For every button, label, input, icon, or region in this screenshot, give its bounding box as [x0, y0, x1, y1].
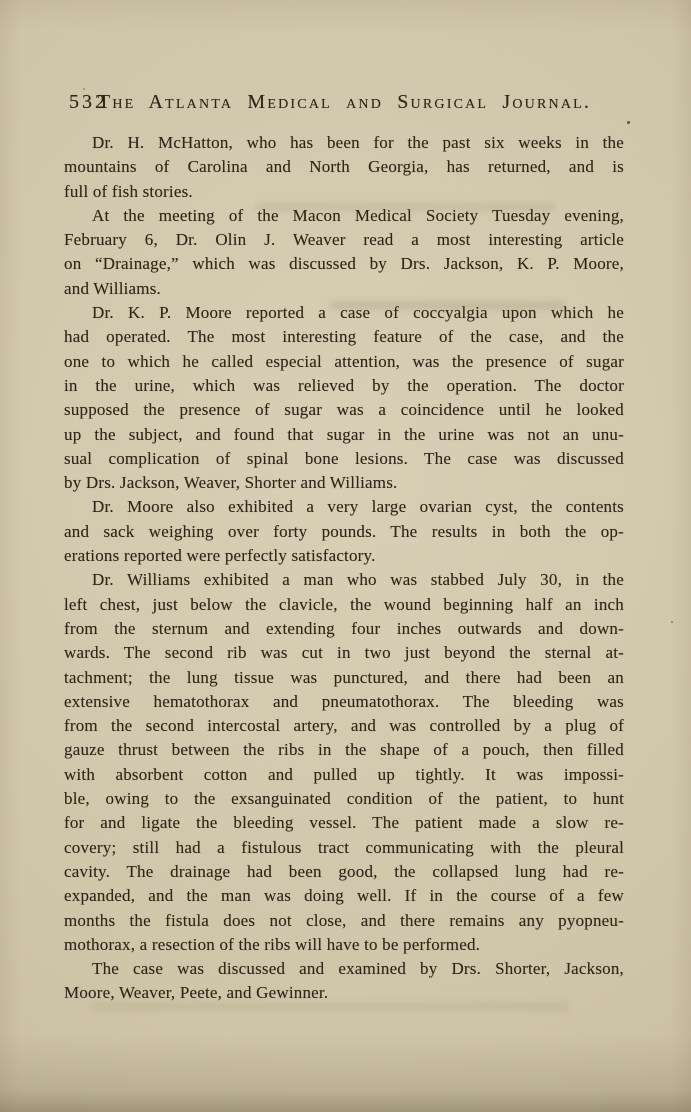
paragraph: Dr. Williams exhibited a man who was sta… [64, 568, 624, 957]
paragraph: The case was discussed and examined by D… [64, 957, 624, 1006]
text-line: February 6, Dr. Olin J. Weaver read a mo… [64, 228, 624, 252]
text-line: mountains of Carolina and North Georgia,… [64, 155, 624, 179]
show-through-smudge [255, 203, 555, 211]
text-line: Dr. H. McHatton, who has been for the pa… [64, 131, 624, 155]
ink-speck [671, 621, 673, 623]
text-line: full of fish stories. [64, 180, 624, 204]
text-line: covery; still had a fistulous tract comm… [64, 836, 624, 860]
text-line: for and ligate the bleeding vessel. The … [64, 811, 624, 835]
show-through-smudge [90, 1002, 570, 1011]
text-line: wards. The second rib was cut in two jus… [64, 641, 624, 665]
text-line: one to which he called especial attentio… [64, 350, 624, 374]
text-line: expanded, and the man was doing well. If… [64, 884, 624, 908]
paragraph: Dr. Moore also exhibited a very large ov… [64, 495, 624, 568]
text-line: months the fistula does not close, and t… [64, 909, 624, 933]
text-line: in the urine, which was relieved by the … [64, 374, 624, 398]
text-line: left chest, just below the clavicle, the… [64, 593, 624, 617]
text-line: up the subject, and found that sugar in … [64, 423, 624, 447]
text-line: supposed the presence of sugar was a coi… [64, 398, 624, 422]
text-line: tachment; the lung tissue was punctured,… [64, 666, 624, 690]
text-line: gauze thrust between the ribs in the sha… [64, 738, 624, 762]
text-line: from the second intercostal artery, and … [64, 714, 624, 738]
text-line: from the sternum and extending four inch… [64, 617, 624, 641]
ink-speck [83, 88, 85, 90]
running-header: 532 The Atlanta Medical and Surgical Jou… [64, 91, 625, 117]
journal-title: The Atlanta Medical and Surgical Journal… [64, 91, 625, 114]
journal-page: 532 The Atlanta Medical and Surgical Jou… [0, 0, 691, 1112]
text-line: extensive hematothorax and pneumatothora… [64, 690, 624, 714]
text-line: mothorax, a resection of the ribs will h… [64, 933, 624, 957]
text-line: had operated. The most interesting featu… [64, 325, 624, 349]
text-line: and Williams. [64, 277, 624, 301]
text-line: with absorbent cotton and pulled up tigh… [64, 763, 624, 787]
text-line: ble, owing to the exsanguinated conditio… [64, 787, 624, 811]
paragraph: Dr. H. McHatton, who has been for the pa… [64, 131, 624, 204]
text-line: cavity. The drainage had been good, the … [64, 860, 624, 884]
show-through-smudge [330, 301, 565, 310]
page-number: 532 [69, 91, 108, 114]
text-line: and sack weighing over forty pounds. The… [64, 520, 624, 544]
text-line: by Drs. Jackson, Weaver, Shorter and Wil… [64, 471, 624, 495]
page-body: Dr. H. McHatton, who has been for the pa… [64, 131, 624, 1006]
text-line: on “Drainage,” which was discussed by Dr… [64, 252, 624, 276]
text-line: erations reported were perfectly satisfa… [64, 544, 624, 568]
text-line: Dr. Williams exhibited a man who was sta… [64, 568, 624, 592]
text-line: The case was discussed and examined by D… [64, 957, 624, 981]
text-line: Dr. Moore also exhibited a very large ov… [64, 495, 624, 519]
ink-speck [627, 121, 630, 124]
paragraph: Dr. K. P. Moore reported a case of coccy… [64, 301, 624, 495]
paragraph: At the meeting of the Macon Medical Soci… [64, 204, 624, 301]
text-line: sual complication of spinal bone lesions… [64, 447, 624, 471]
